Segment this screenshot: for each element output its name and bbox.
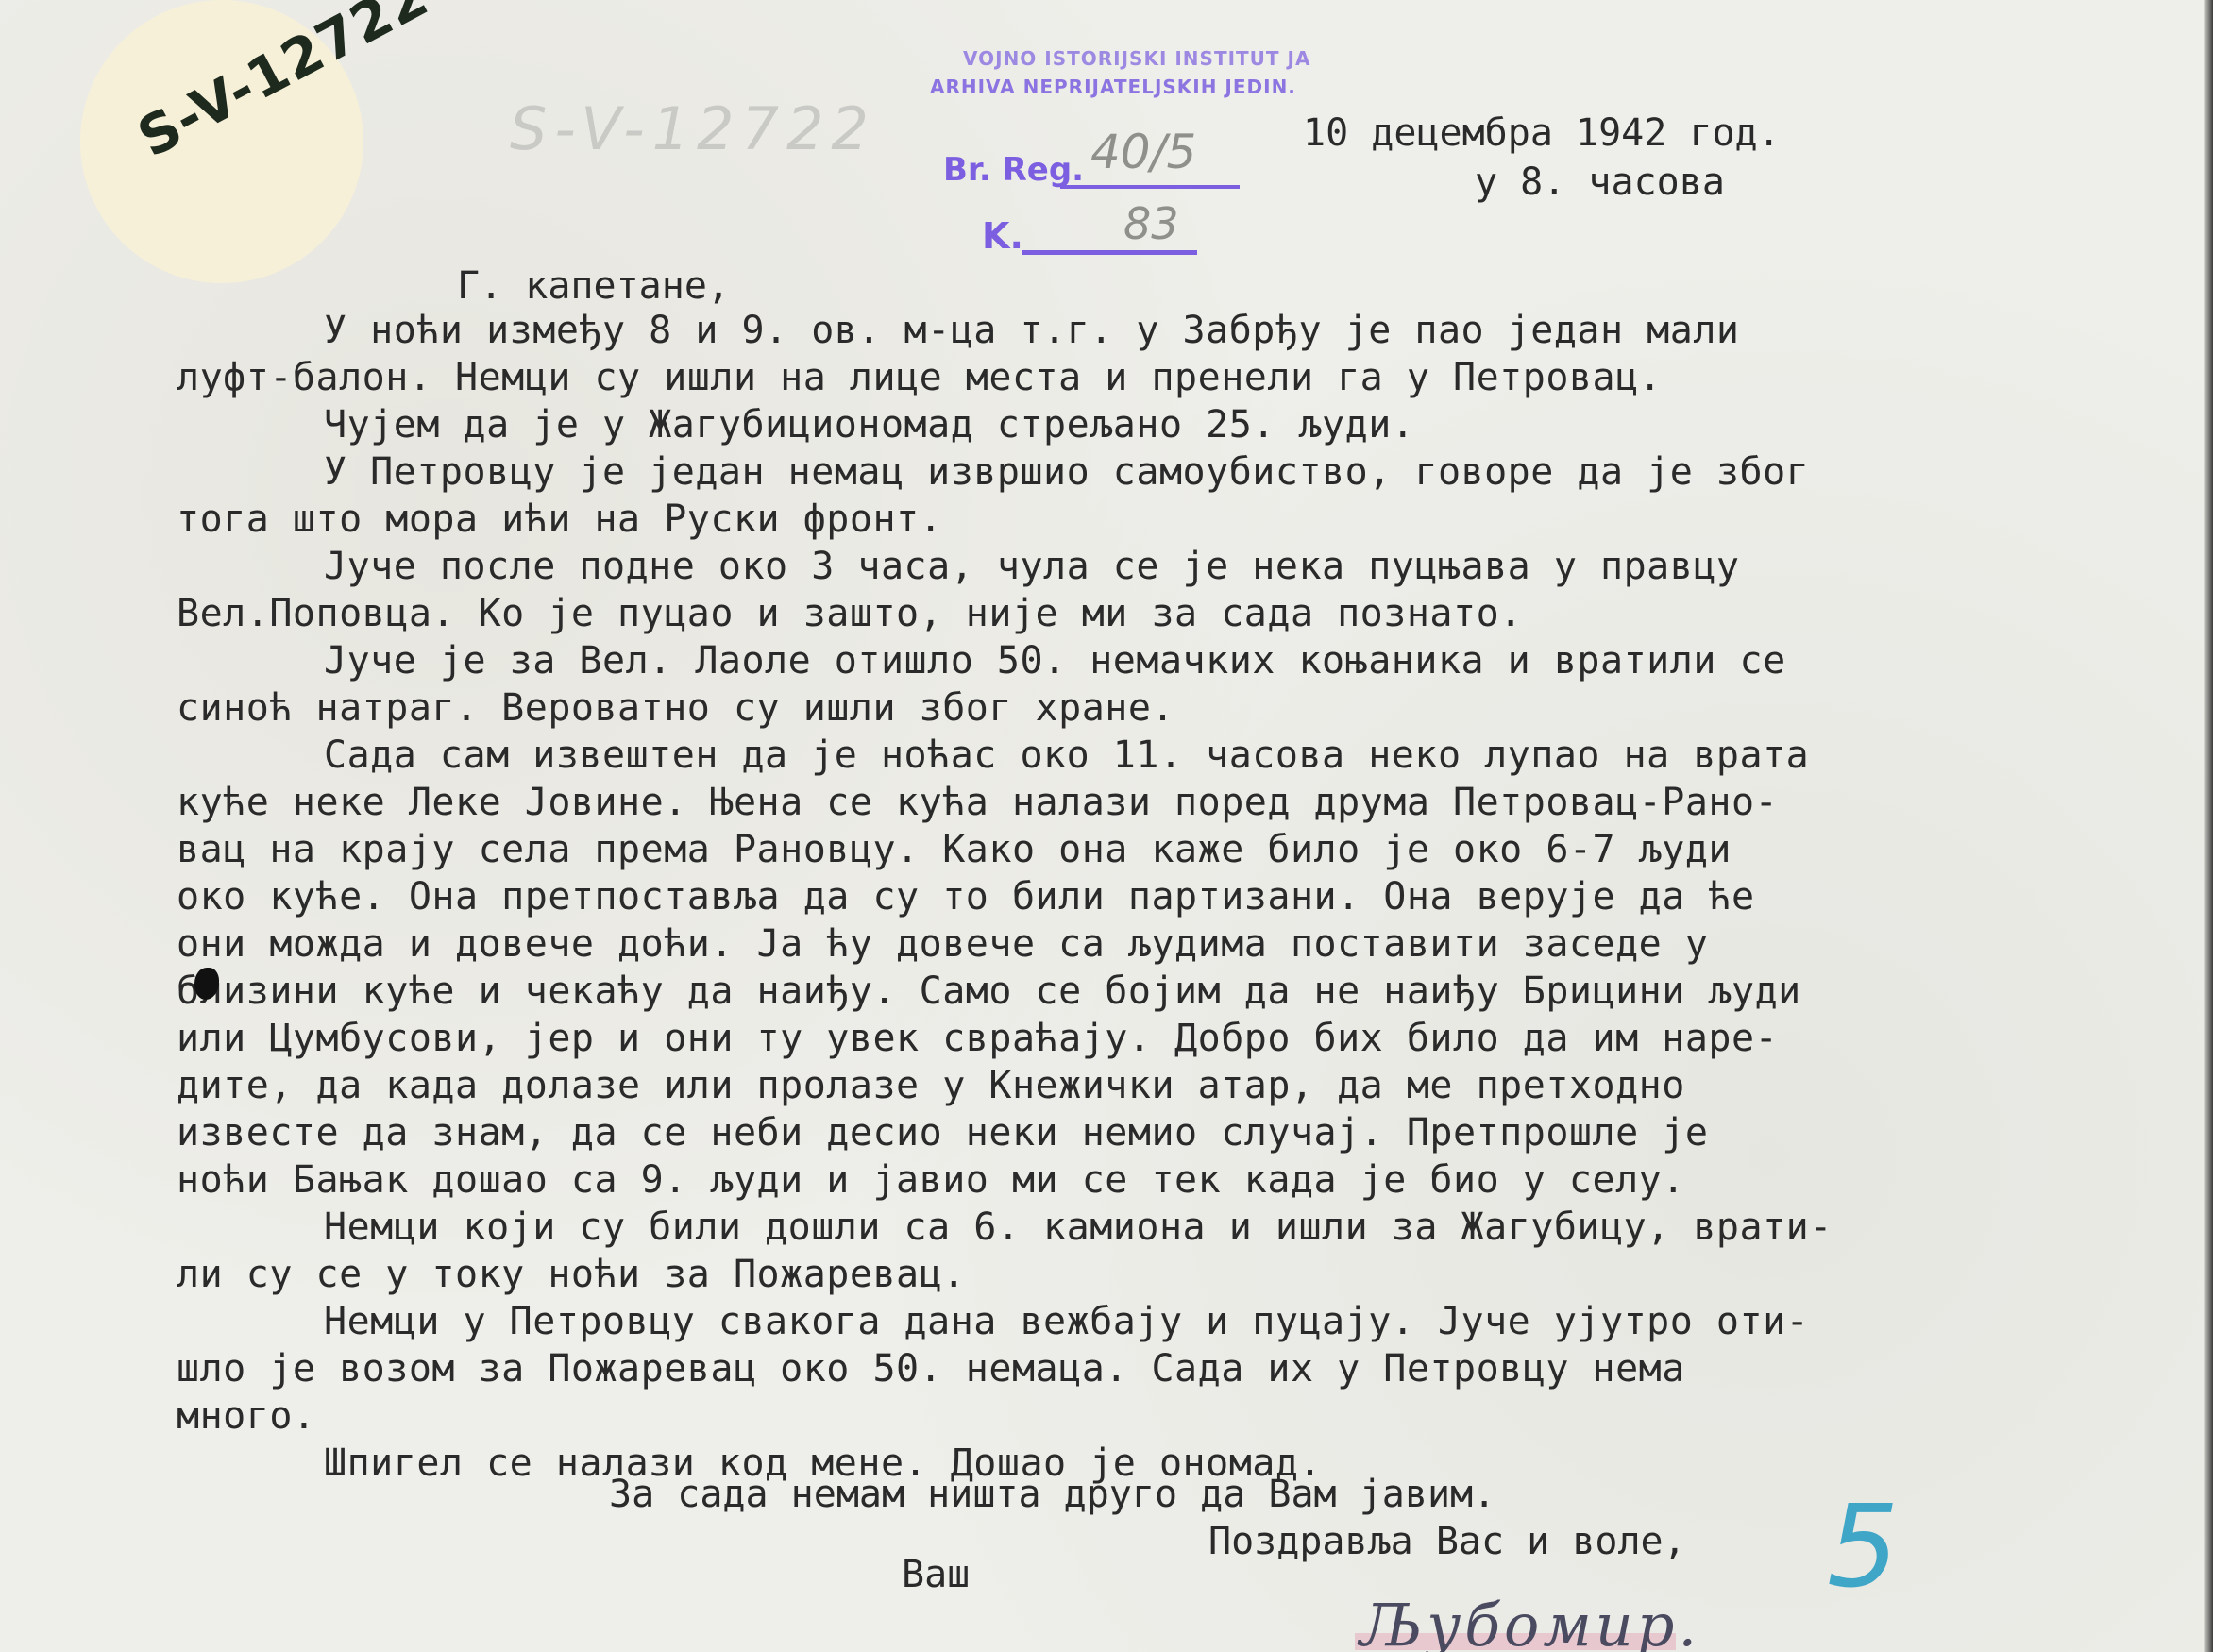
letter-line: Јуче после подне око 3 часа, чула се је … (177, 543, 1833, 590)
letter-line: вац на крају села према Рановцу. Како он… (177, 826, 1833, 873)
stamp-archive-line: ARHIVA NEPRIJATELJSKIH JEDIN. (930, 76, 1296, 98)
letter-line: близини куће и чекаћу да наиђу. Само се … (177, 968, 1833, 1015)
letter-line: око куће. Она претпоставља да су то били… (177, 873, 1833, 920)
letter-line: дите, да када долазе или пролазе у Кнежи… (177, 1062, 1833, 1109)
stamp-k-value: 83 (1123, 198, 1179, 249)
handwritten-signature: Љубомир. (1360, 1591, 1700, 1652)
stamp-reg-value: 40/5 (1090, 125, 1196, 179)
letter-line: ли су се у току ноћи за Пожаревац. (177, 1251, 1833, 1298)
letter-line: Вел.Поповца. Ко је пуцао и зашто, није м… (177, 590, 1833, 637)
letter-line: или Цумбусови, јер и они ту увек свраћај… (177, 1015, 1833, 1062)
stamp-institute-line: VOJNO ISTORIJSKI INSTITUT JA (963, 47, 1310, 70)
letter-body: У ноћи између 8 и 9. ов. м-ца т.г. у Заб… (177, 307, 1833, 1487)
greeting-line: Поздравља Вас и воле, (1208, 1520, 1686, 1563)
letter-line: Немци у Петровцу свакога дана вежбају и … (177, 1298, 1833, 1345)
letter-line: У Петровцу је један немац извршио самоуб… (177, 448, 1833, 496)
page-edge-shadow (2204, 0, 2213, 1652)
pencil-archive-code: S-V-12722 (510, 94, 876, 163)
letter-line: У ноћи између 8 и 9. ов. м-ца т.г. у Заб… (177, 307, 1833, 354)
letter-line: тога што мора ићи на Руски фронт. (177, 496, 1833, 543)
letter-line: луфт-балон. Немци су ишли на лице места … (177, 354, 1833, 401)
stamp-k-underline (1022, 250, 1197, 255)
letter-line: Чујем да је у Жагубициономад стрељано 25… (177, 401, 1833, 448)
letter-date: 10 децембра 1942 год. (1303, 111, 1781, 155)
stamp-reg-underline (1060, 185, 1240, 189)
letter-line: известе да знам, да се неби десио неки н… (177, 1109, 1833, 1156)
letter-line: они можда и довече доћи. Ја ћу довече са… (177, 920, 1833, 968)
document-page: S-V-12722 S-V-12722 VOJNO ISTORIJSKI INS… (0, 0, 2213, 1652)
letter-line: много. (177, 1392, 1833, 1440)
letter-line: Немци који су били дошли са 6. камиона и… (177, 1204, 1833, 1251)
stamp-reg-label: Br. Reg. (943, 151, 1084, 189)
letter-line: Јуче је за Вел. Лаоле отишло 50. немачки… (177, 637, 1833, 684)
yours-line: Ваш (902, 1553, 970, 1596)
closing-line: За сада немам ништа друго да Вам јавим. (609, 1473, 1495, 1516)
letter-time: у 8. часова (1475, 160, 1725, 204)
letter-line: ноћи Бањак дошао са 9. људи и јавио ми с… (177, 1156, 1833, 1204)
letter-line: куће неке Леке Јовине. Њена се кућа нала… (177, 779, 1833, 826)
handwritten-page-number: 5 (1827, 1482, 1899, 1613)
letter-line: Сада сам извештен да је ноћас око 11. ча… (177, 732, 1833, 779)
letter-line: синоћ натраг. Вероватно су ишли због хра… (177, 684, 1833, 732)
letter-line: шло је возом за Пожаревац око 50. немаца… (177, 1345, 1833, 1392)
salutation: Г. капетане, (457, 264, 730, 308)
stamp-k-label: K. (982, 215, 1023, 257)
